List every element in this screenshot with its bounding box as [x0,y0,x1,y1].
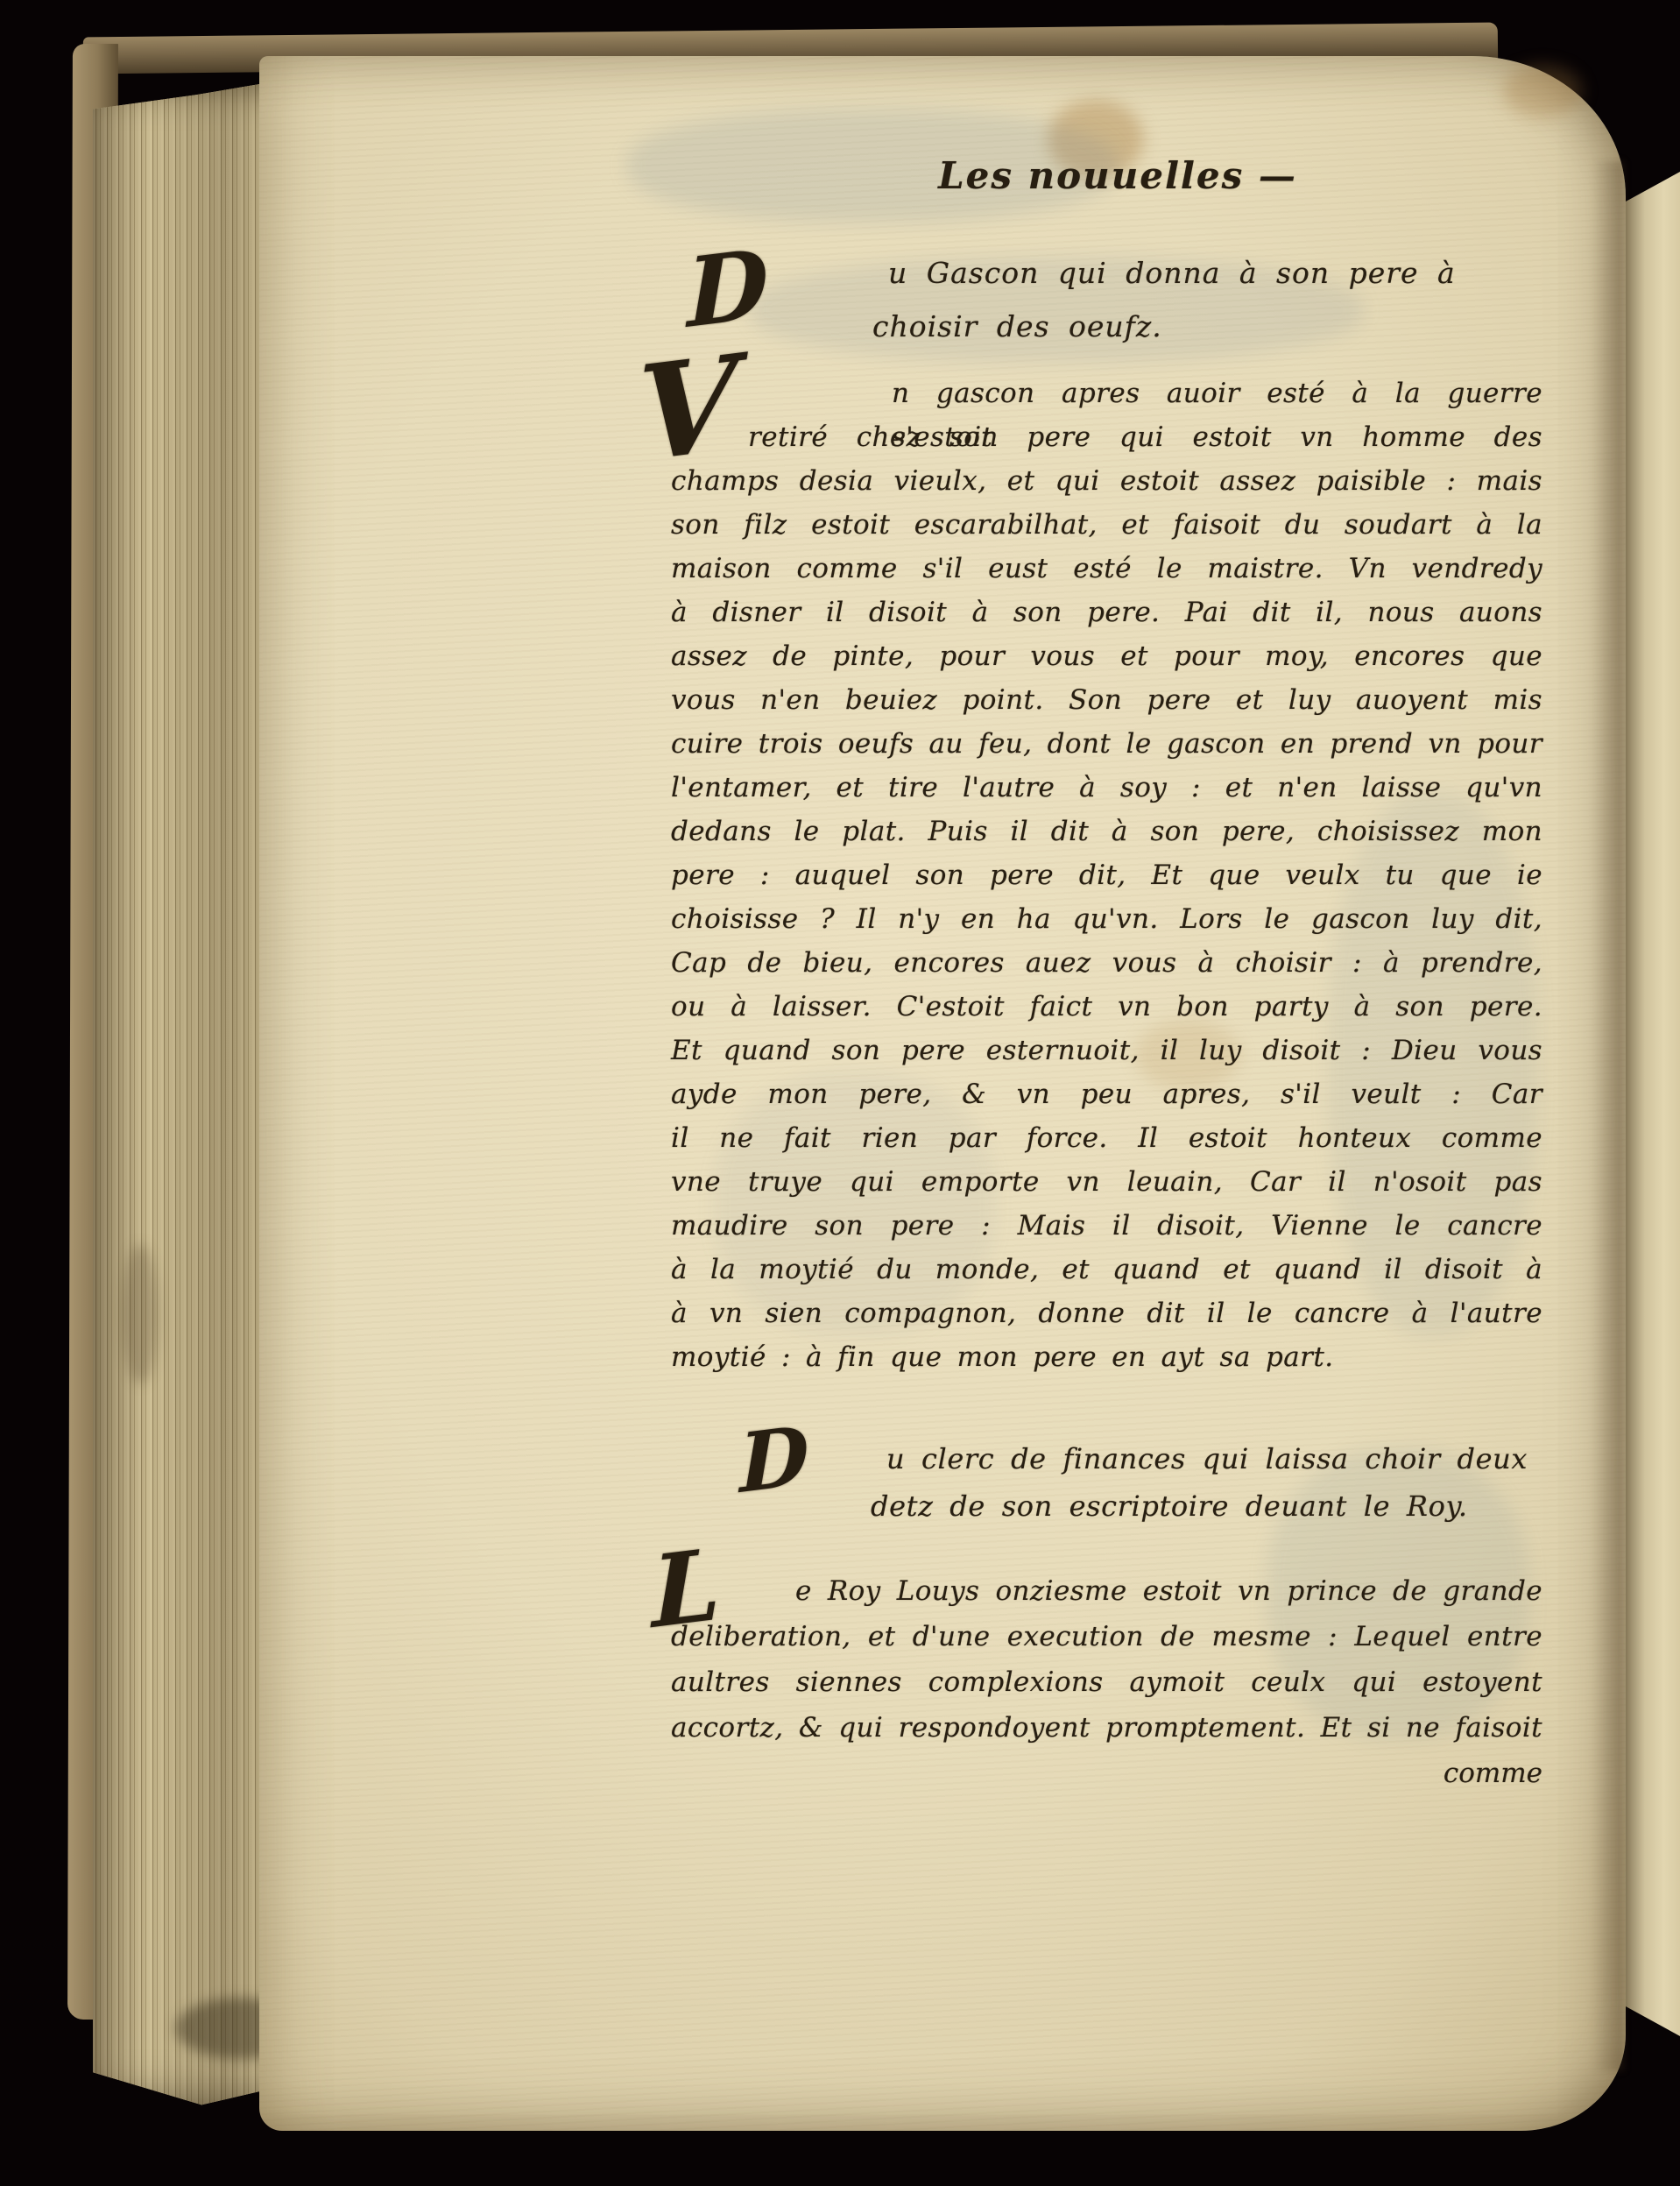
manuscript-line: il ne fait rien par force. Il estoit hon… [671,1116,1542,1160]
manuscript-line: à disner il disoit à son pere. Pai dit i… [671,591,1542,634]
manuscript-line: vne truye qui emporte vn leuain, Car il … [671,1160,1542,1204]
story1-paragraph: n gascon apres auoir esté à la guerre s'… [671,371,1542,1379]
manuscript-line: maudire son pere : Mais il disoit, Vienn… [671,1204,1542,1248]
paper-stain [1503,65,1582,117]
manuscript-line: retiré chez son pere qui estoit vn homme… [671,415,1542,459]
manuscript-line: moytié : à fin que mon pere en ayt sa pa… [671,1335,1542,1379]
manuscript-line: dedans le plat. Puis il dit à son pere, … [671,810,1542,853]
page-stack-shading [93,81,280,2115]
story1-title-line1: u Gascon qui donna à son pere à [671,256,1542,290]
manuscript-line: choisisse ? Il n'y en ha qu'vn. Lors le … [671,897,1542,941]
story2-heading-line2: detz de son escriptoire deuant le Roy. [671,1489,1542,1523]
story2-heading-line1: u clerc de finances qui laissa choir deu… [671,1442,1542,1475]
manuscript-line: à vn sien compagnon, donne dit il le can… [671,1291,1542,1335]
manuscript-line: champs desia vieulx, et qui estoit assez… [671,459,1542,503]
manuscript-line: Cap de bieu, encores auez vous à choisir… [671,941,1542,985]
manuscript-line: deliberation, et d'une execution de mesm… [671,1614,1542,1659]
stack-stain [123,1244,158,1384]
story1-title: u Gascon qui donna à son pere à choisir … [671,256,1542,343]
manuscript-line: Et quand son pere esternuoit, il luy dis… [671,1029,1542,1072]
catchword: comme [671,1758,1548,1789]
manuscript-line: accortz, & qui respondoyent promptement.… [671,1705,1542,1751]
manuscript-line: à la moytié du monde, et quand et quand … [671,1248,1542,1291]
manuscript-line: pere : auquel son pere dit, Et que veulx… [671,853,1542,897]
manuscript-line: ou à laisser. C'estoit faict vn bon part… [671,985,1542,1029]
facing-page-edge [1626,172,1680,2036]
manuscript-line: ayde mon pere, & vn peu apres, s'il veul… [671,1072,1542,1116]
photograph-of-open-book: { "page": { "running_header": "Les nouue… [0,0,1680,2186]
story2-heading: u clerc de finances qui laissa choir deu… [671,1442,1542,1523]
manuscript-line: aultres siennes complexions aymoit ceulx… [671,1659,1542,1705]
manuscript-line: assez de pinte, pour vous et pour moy, e… [671,634,1542,678]
manuscript-line: son filz estoit escarabilhat, et faisoit… [671,503,1542,547]
manuscript-line: cuire trois oeufs au feu, dont le gascon… [671,722,1542,766]
manuscript-line: e Roy Louys onziesme estoit vn prince de… [671,1568,1542,1614]
story1-title-line2: choisir des oeufz. [671,309,1542,343]
manuscript-page: Les nouuelles — D u Gascon qui donna à s… [259,56,1626,2131]
running-header: Les nouuelles — [785,154,1451,197]
story2-paragraph: e Roy Louys onziesme estoit vn prince de… [671,1568,1542,1751]
manuscript-line: l'entamer, et tire l'autre à soy : et n'… [671,766,1542,810]
gutter-shadow [1592,161,1624,2071]
manuscript-line: maison comme s'il eust esté le maistre. … [671,547,1542,591]
manuscript-line: vous n'en beuiez point. Son pere et luy … [671,678,1542,722]
manuscript-line: n gascon apres auoir esté à la guerre s'… [671,371,1542,415]
